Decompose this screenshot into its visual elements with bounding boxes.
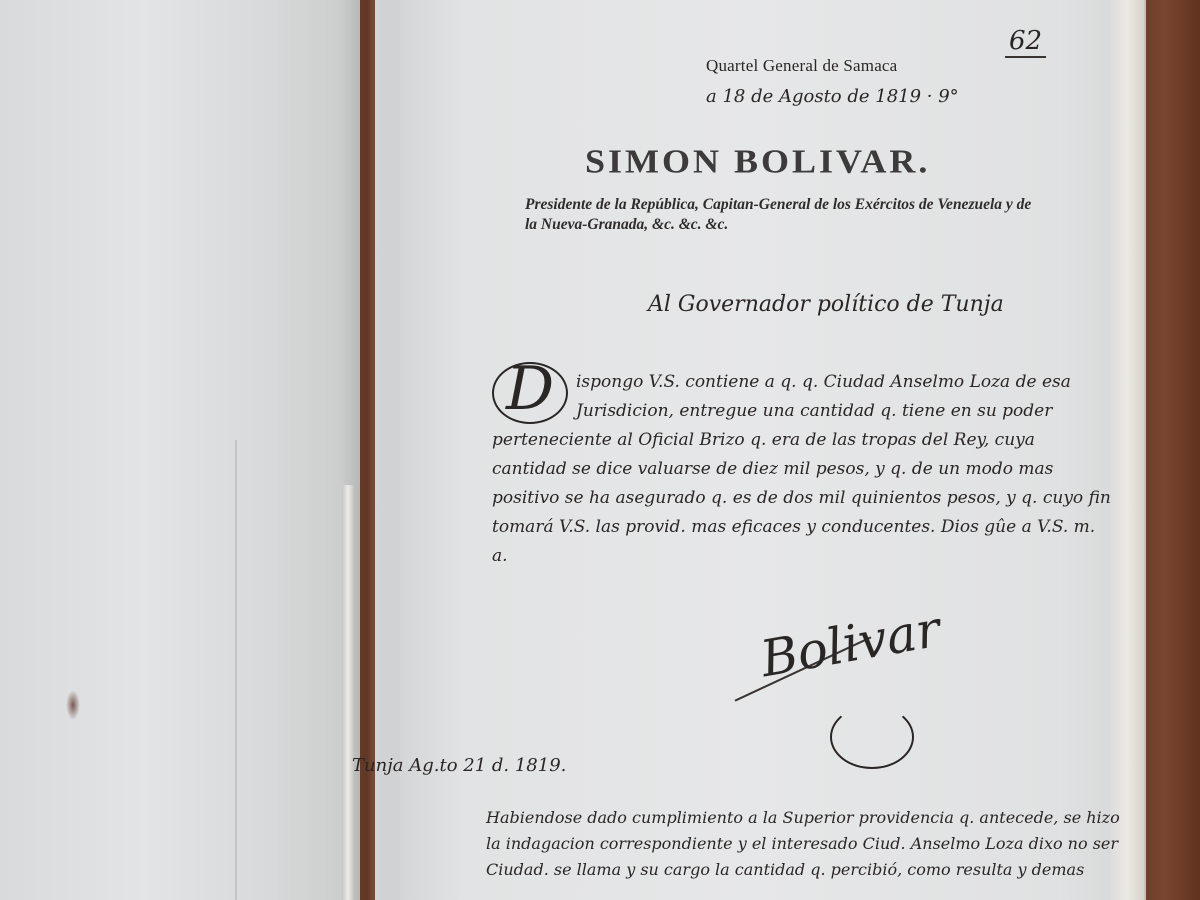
drop-cap: D — [492, 362, 568, 424]
printed-title-header: Presidente de la República, Capitan-Gene… — [525, 195, 1045, 235]
wooden-table-background — [1140, 0, 1200, 900]
folio-number: 62 — [1005, 26, 1046, 58]
letter-body-text: ispongo V.S. contiene a q. q. Ciudad Ans… — [492, 372, 1111, 566]
binding-strip — [342, 485, 354, 900]
page-edges-stack — [1110, 0, 1146, 900]
second-entry-text: Habiendose dado cumplimiento a la Superi… — [486, 805, 1136, 883]
heading-date: a 18 de Agosto de 1819 · 9° — [706, 86, 959, 107]
left-page — [0, 0, 360, 900]
printed-name-header: SIMON BOLIVAR. — [585, 141, 930, 181]
signature-flourish — [830, 705, 914, 769]
paper-fold-line — [235, 440, 237, 900]
ink-stain — [66, 690, 80, 720]
letter-body: D ispongo V.S. contiene a q. q. Ciudad A… — [492, 368, 1112, 571]
addressee-line: Al Governador político de Tunja — [648, 292, 1004, 317]
heading-location: Quartel General de Samaca — [706, 56, 897, 76]
annotation-date: Tunja Ag.to 21 d. 1819. — [352, 755, 566, 776]
